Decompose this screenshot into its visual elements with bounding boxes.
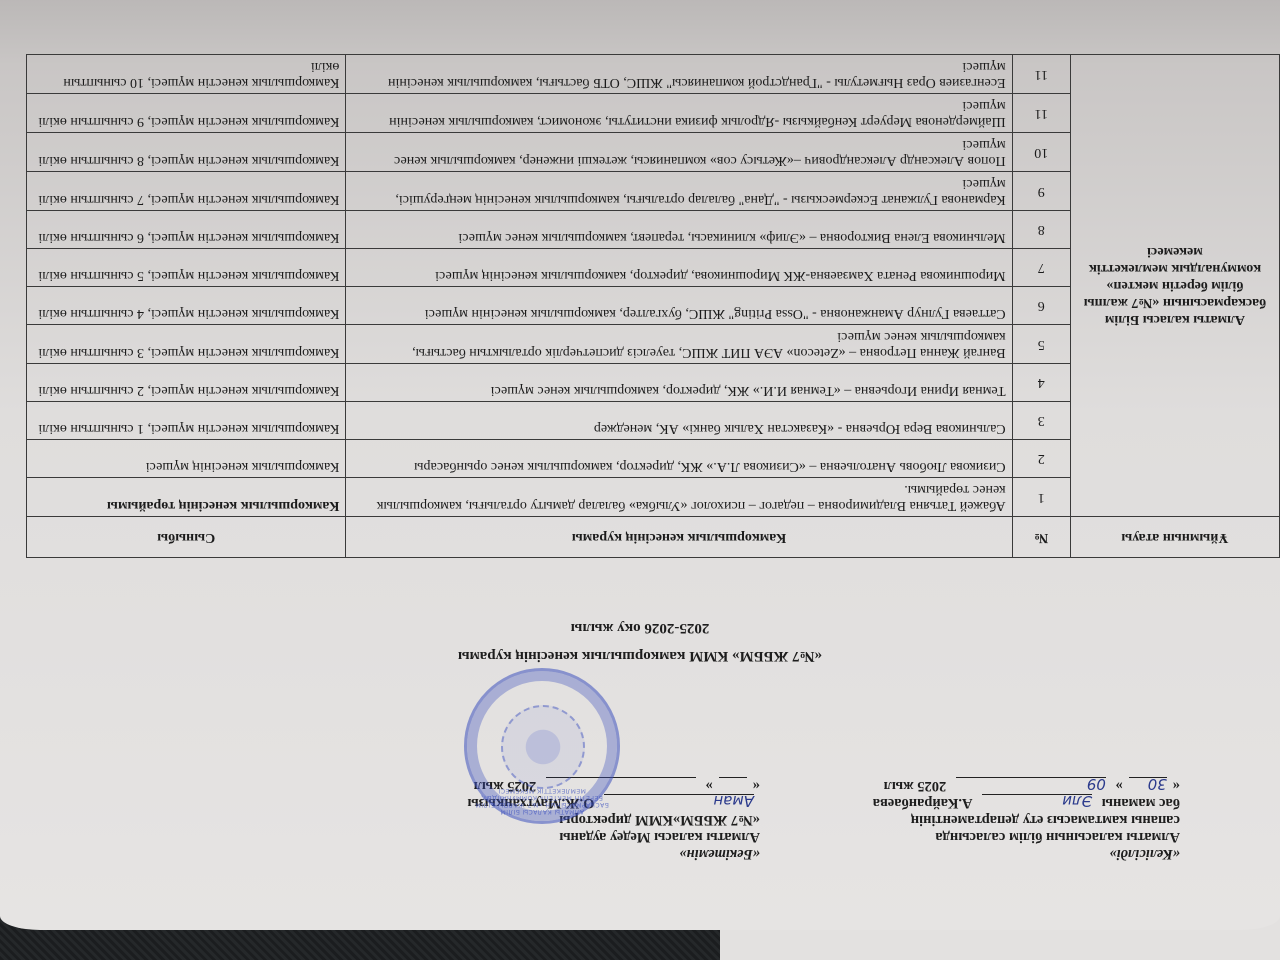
agreed-line-3: бас маманы: [1102, 795, 1180, 811]
stamp-ring-text: АЛМАТЫ ҚАЛАСЫ БІЛІМ БАСҚАРМАСЫНЫҢ «№7 ЖА…: [467, 787, 617, 821]
title-year: 2025-2026 оку жылы: [0, 614, 1280, 642]
agreed-line-1: Алматы каласынын білім саласында: [780, 828, 1180, 845]
date-month-field: 09: [956, 777, 1106, 792]
document-page: «Келісілді» Алматы каласынын білім салас…: [0, 0, 1280, 930]
document-title: «№7 ЖББМ» КММ камкоршылык кенесінің кура…: [0, 614, 1280, 670]
signature-line: Эли: [982, 794, 1092, 809]
official-stamp: АЛМАТЫ ҚАЛАСЫ БІЛІМ БАСҚАРМАСЫНЫҢ «№7 ЖА…: [464, 668, 620, 824]
table-row: Алматы каласы Білім баскармасынын «№7 жа…: [27, 478, 1280, 517]
org-name-cell: Алматы каласы Білім баскармасынын «№7 жа…: [1070, 55, 1279, 517]
agreed-line-2: сапаны камтамасыз ету департаментінің: [780, 811, 1180, 828]
header-member: Камкоршылык кенесінің курамы: [346, 517, 1012, 558]
agreed-year: 2025 жыл: [884, 778, 947, 794]
approved-heading: «Бекітемін»: [340, 845, 760, 862]
agreed-signatory-name: А.Кайранбаева: [873, 795, 973, 811]
header-class: Сыныбы: [27, 517, 346, 558]
signature-line: Аман: [604, 794, 754, 809]
handwritten-signature: Аман: [713, 792, 754, 810]
header-org: Ұйымнын атауы: [1070, 517, 1279, 558]
approved-line-1: Алматы каласы Медеу ауданы: [340, 828, 760, 845]
photographed-document: «Келісілді» Алматы каласынын білім салас…: [0, 0, 1280, 960]
header-number: №: [1012, 517, 1070, 558]
handwritten-signature: Эли: [1062, 792, 1092, 810]
title-main: «№7 ЖББМ» КММ камкоршылык кенесінің кура…: [0, 642, 1280, 670]
agreed-block: «Келісілді» Алматы каласынын білім салас…: [780, 777, 1180, 862]
emblem-icon: [501, 705, 585, 789]
approval-section: «Келісілді» Алматы каласынын білім салас…: [0, 682, 1280, 882]
date-day-field: 30: [1129, 777, 1167, 792]
date-day-field: [719, 777, 747, 792]
council-table: Ұйымнын атауы № Камкоршылык кенесінің ку…: [26, 54, 1280, 558]
agreed-heading: «Келісілді»: [780, 845, 1180, 862]
